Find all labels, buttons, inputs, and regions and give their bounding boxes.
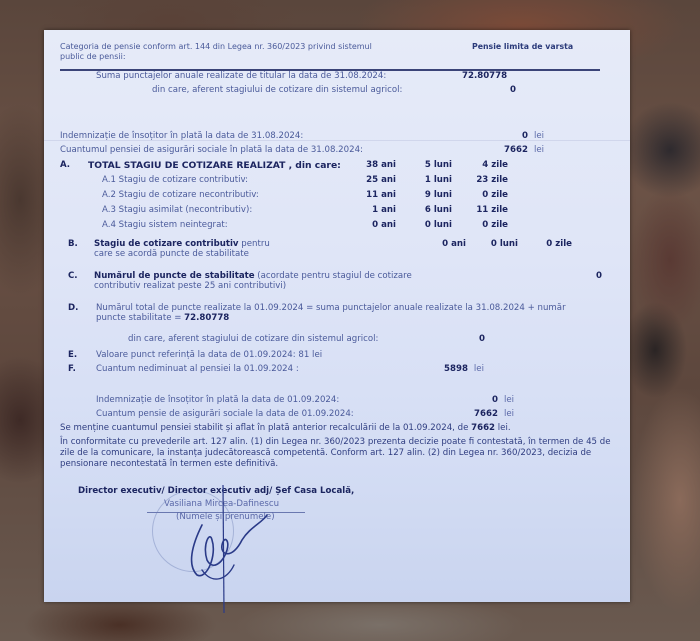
section-d-value: 72.80778: [184, 313, 229, 323]
section-a-item-ani: 25 ani: [346, 175, 396, 185]
indemnizatie-0109-unit: lei: [504, 395, 514, 405]
section-b-letter: B.: [68, 239, 78, 249]
section-a-item-label: A.1 Stagiu de cotizare contributiv:: [102, 175, 248, 185]
section-b-zile: 0 zile: [526, 239, 572, 249]
indemnizatie-0109-amount: 0lei: [454, 395, 514, 405]
section-f-value: 5898: [444, 364, 468, 374]
section-a-luni: 5 luni: [404, 160, 452, 170]
section-f-label: Cuantum nediminuat al pensiei la 01.09.2…: [96, 364, 299, 374]
points-sum-label: Suma punctajelor anuale realizate de tit…: [96, 71, 386, 81]
pension-category-label: Categoria de pensie conform art. 144 din…: [60, 42, 390, 62]
points-agricol-label: din care, aferent stagiului de cotizare …: [152, 85, 402, 95]
indemnizatie-0109-value: 0: [492, 395, 498, 405]
section-a-item-zile: 0 zile: [462, 190, 508, 200]
section-f-amount: 5898lei: [444, 364, 484, 374]
cuantum-0109-value: 7662: [474, 409, 498, 419]
section-a-item-luni: 6 luni: [404, 205, 452, 215]
indemnizatie-0109-label: Indemnizație de însoțitor în plată la da…: [96, 395, 339, 405]
section-a-item-zile: 11 zile: [462, 205, 508, 215]
points-agricol-value: 0: [510, 85, 516, 95]
section-a-label: TOTAL STAGIU DE COTIZARE REALIZAT , din …: [88, 160, 341, 171]
section-a-ani: 38 ani: [346, 160, 396, 170]
cuantum-0808-unit: lei: [534, 145, 544, 155]
mentine-text-before: Se menține cuantumul pensiei stabilit și…: [60, 423, 471, 433]
section-d-label: Numărul total de puncte realizate la 01.…: [96, 303, 586, 323]
section-a-item-label: A.3 Stagiu asimilat (necontributiv):: [102, 205, 252, 215]
section-a-letter: A.: [60, 160, 70, 170]
cuantum-0808-label: Cuantumul pensiei de asigurări sociale î…: [60, 145, 363, 155]
section-b-label: Stagiu de cotizare contributiv pentru ca…: [94, 239, 284, 259]
cuantum-0109-label: Cuantum pensie de asigurări sociale la d…: [96, 409, 354, 419]
cuantum-0109-amount: 7662lei: [454, 409, 514, 419]
section-a-item-luni: 9 luni: [404, 190, 452, 200]
section-a-item-luni: 1 luni: [404, 175, 452, 185]
handwritten-signature-icon: [172, 485, 272, 615]
section-c-letter: C.: [68, 271, 78, 281]
section-a-item-ani: 11 ani: [346, 190, 396, 200]
indemnizatie-0808-unit: lei: [534, 131, 544, 141]
section-c-label-bold: Numărul de puncte de stabilitate: [94, 271, 255, 281]
section-a-item-label: A.2 Stagiu de cotizare necontributiv:: [102, 190, 259, 200]
section-d-agricol-label: din care, aferent stagiului de cotizare …: [128, 334, 378, 344]
indemnizatie-0808-value: 0: [522, 131, 528, 141]
section-a-item-label: A.4 Stagiu sistem neintegrat:: [102, 220, 228, 230]
mentine-value: 7662: [471, 423, 495, 433]
section-a-zile: 4 zile: [462, 160, 508, 170]
section-a-item-ani: 0 ani: [346, 220, 396, 230]
section-d-label-text: Numărul total de puncte realizate la 01.…: [96, 303, 566, 323]
section-a-item-luni: 0 luni: [404, 220, 452, 230]
pension-decision-document: Categoria de pensie conform art. 144 din…: [44, 30, 630, 602]
section-d-letter: D.: [68, 303, 78, 313]
section-f-unit: lei: [474, 364, 484, 374]
section-e-letter: E.: [68, 350, 77, 360]
pension-category-value: Pensie limita de varsta: [472, 42, 573, 51]
indemnizatie-0808-amount: 0lei: [484, 131, 544, 141]
section-a-item-zile: 0 zile: [462, 220, 508, 230]
section-a-item-zile: 23 zile: [462, 175, 508, 185]
points-sum-value: 72.80778: [462, 71, 507, 81]
section-b-ani: 0 ani: [422, 239, 466, 249]
conformitate-paragraph: În conformitate cu prevederile art. 127 …: [60, 437, 620, 470]
cuantum-0808-amount: 7662lei: [484, 145, 544, 155]
mentine-text-after: lei.: [495, 423, 511, 433]
section-a-item-ani: 1 ani: [346, 205, 396, 215]
section-e-label: Valoare punct referință la data de 01.09…: [96, 350, 322, 360]
indemnizatie-0808-label: Indemnizație de însoțitor în plată la da…: [60, 131, 303, 141]
section-b-label-bold: Stagiu de cotizare contributiv: [94, 239, 239, 249]
cuantum-0109-unit: lei: [504, 409, 514, 419]
section-f-letter: F.: [68, 364, 76, 374]
section-c-value: 0: [596, 271, 602, 281]
section-d-agricol-value: 0: [479, 334, 485, 344]
mentine-statement: Se menține cuantumul pensiei stabilit și…: [60, 423, 511, 433]
cuantum-0808-value: 7662: [504, 145, 528, 155]
section-b-luni: 0 luni: [474, 239, 518, 249]
section-c-label: Numărul de puncte de stabilitate (acorda…: [94, 271, 454, 291]
